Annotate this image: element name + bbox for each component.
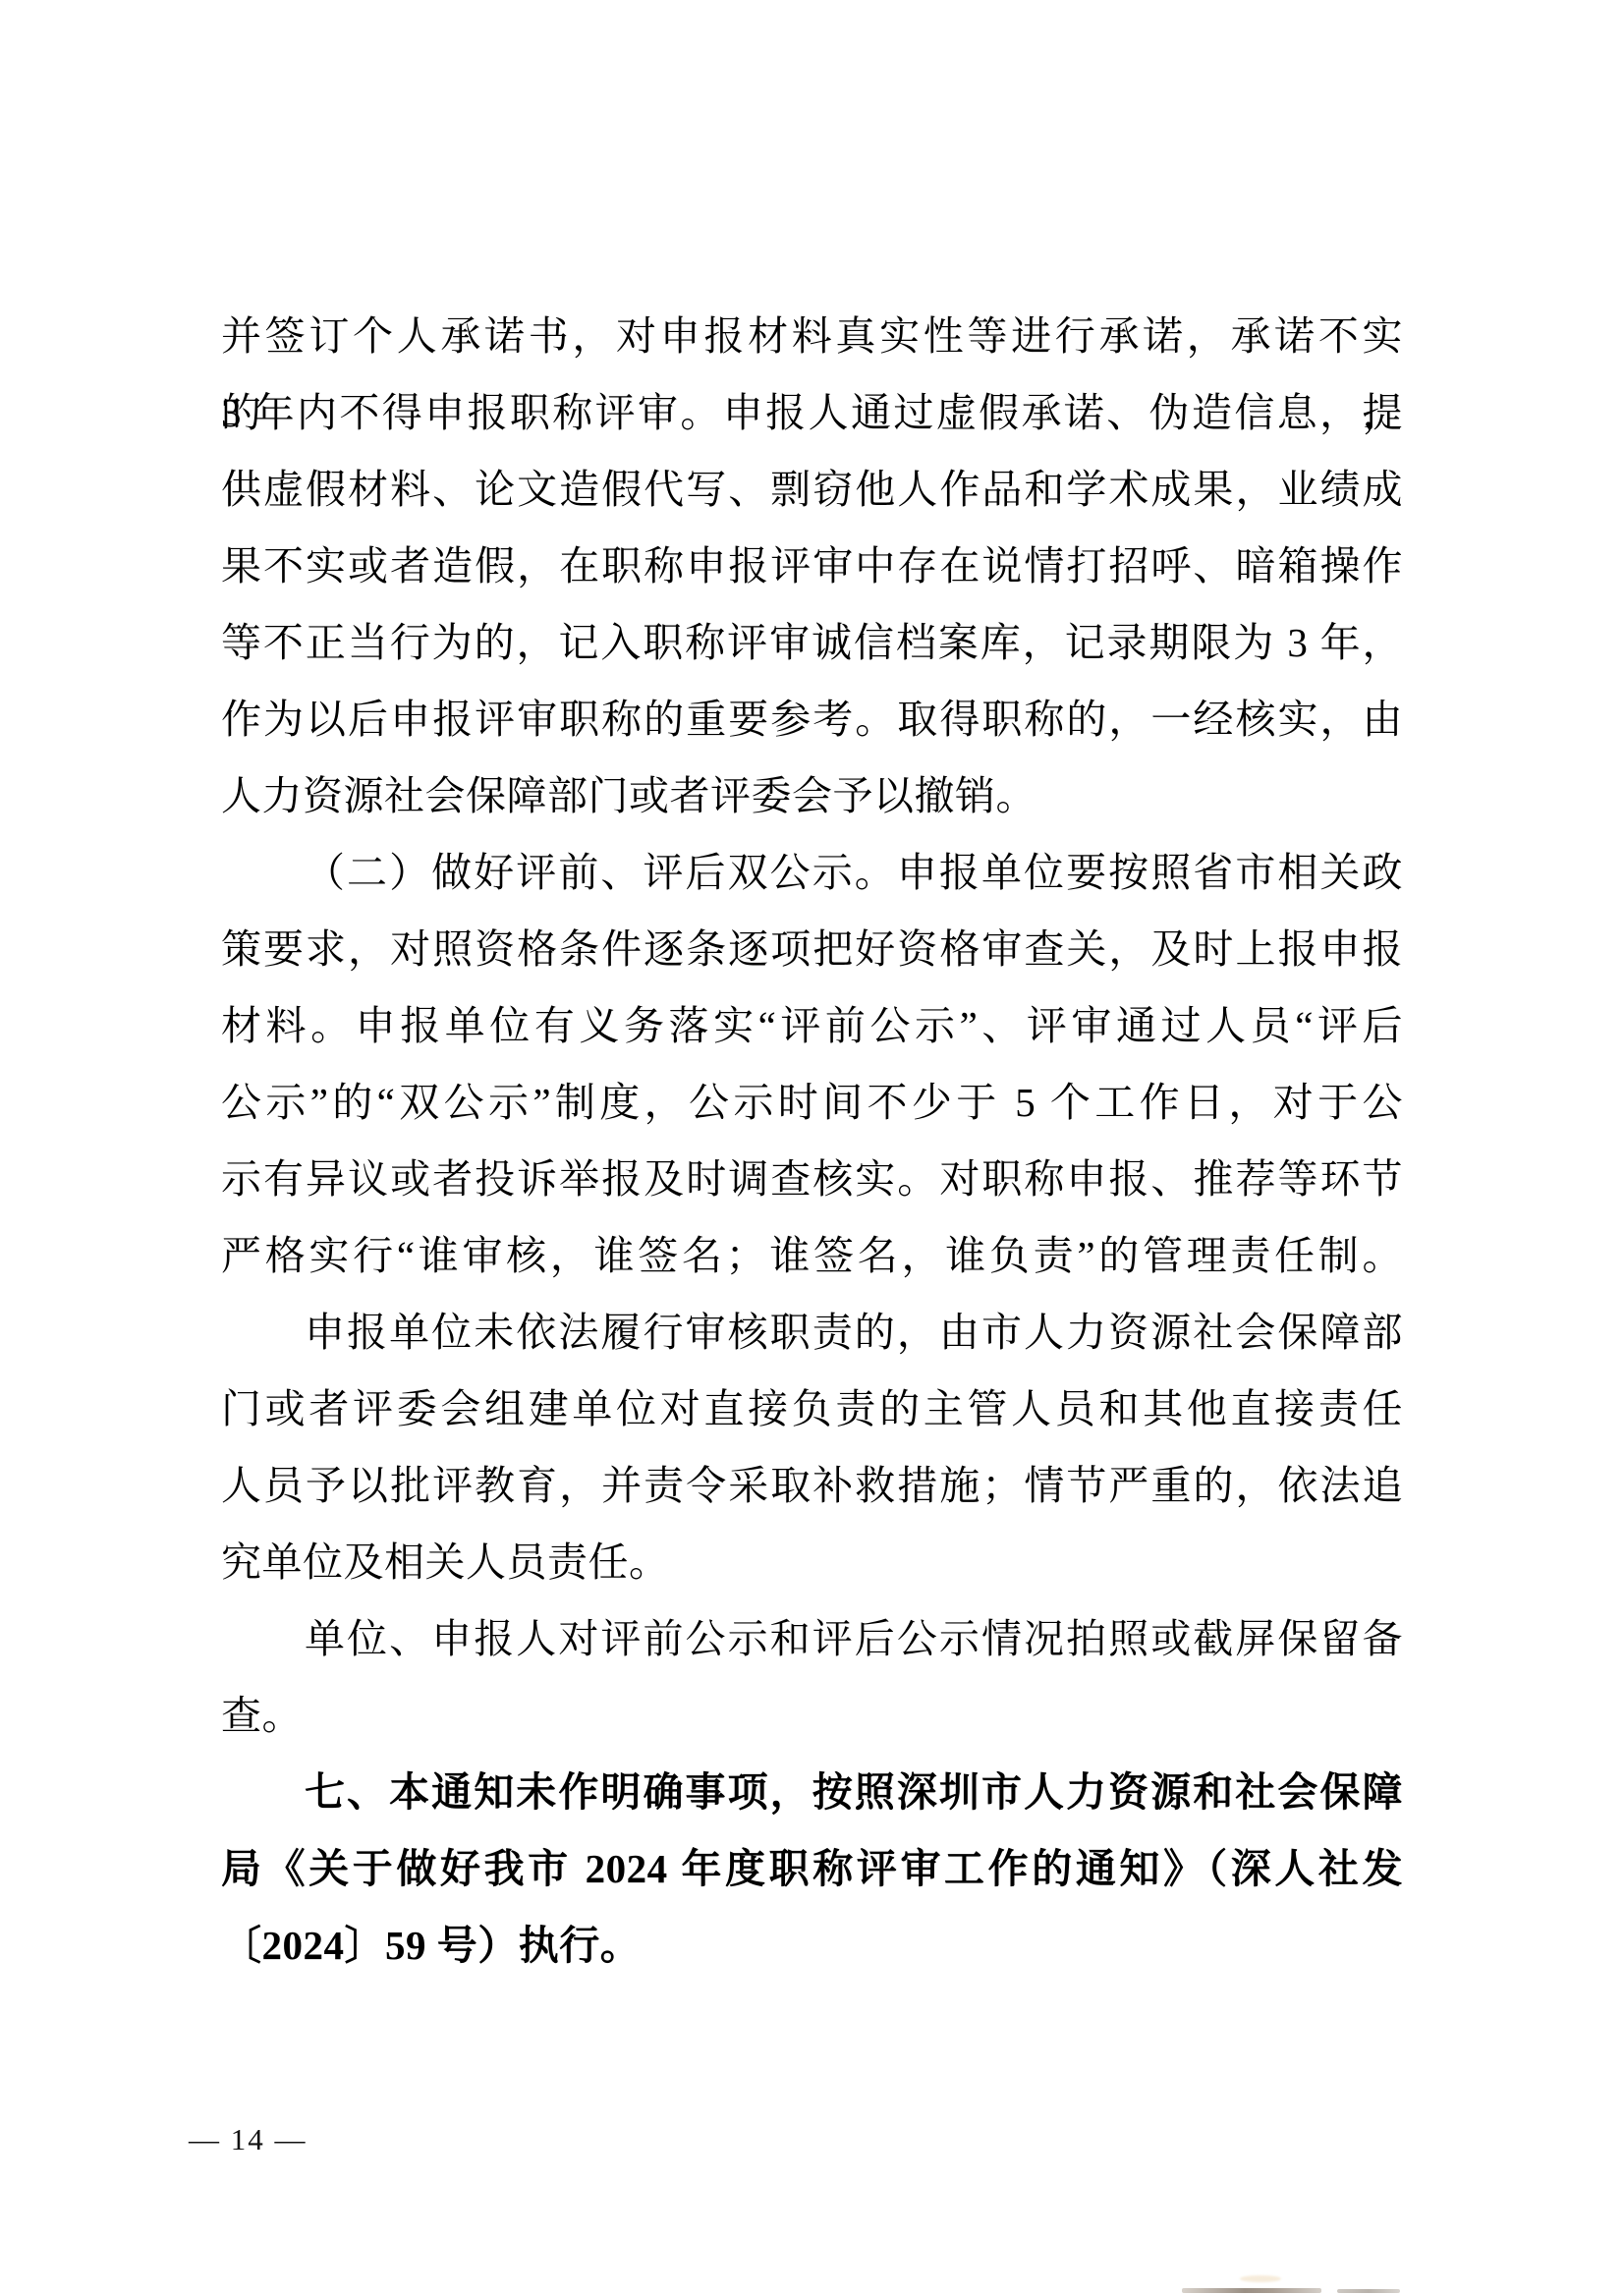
- text-line: 等不正当行为的，记入职称评审诚信档案库，记录期限为 3 年，: [221, 604, 1403, 681]
- text-line: 公示”的“双公示”制度，公示时间不少于 5 个工作日，对于公: [221, 1064, 1403, 1141]
- text-line: 〔2024〕59 号）执行。: [221, 1907, 1403, 1984]
- text-line: （二）做好评前、评后双公示。申报单位要按照省市相关政: [221, 834, 1403, 911]
- scan-artifact-line-left: [1182, 2288, 1321, 2293]
- paragraph-unit-responsibility: 申报单位未依法履行审核职责的，由市人力资源社会保障部 门或者评委会组建单位对直接…: [221, 1294, 1403, 1600]
- text-line: 策要求，对照资格条件逐条逐项把好资格审查关，及时上报申报: [221, 911, 1403, 987]
- paragraph-commitment: 并签订个人承诺书，对申报材料真实性等进行承诺，承诺不实的， 3 年内不得申报职称…: [221, 298, 1403, 834]
- text-line: 并签订个人承诺书，对申报材料真实性等进行承诺，承诺不实的，: [221, 298, 1403, 374]
- paragraph-item-seven: 七、本通知未作明确事项，按照深圳市人力资源和社会保障 局《关于做好我市 2024…: [221, 1754, 1403, 1984]
- text-line: 查。: [221, 1677, 1403, 1754]
- paragraph-double-publicity: （二）做好评前、评后双公示。申报单位要按照省市相关政 策要求，对照资格条件逐条逐…: [221, 834, 1403, 1294]
- document-page: 并签订个人承诺书，对申报材料真实性等进行承诺，承诺不实的， 3 年内不得申报职称…: [0, 0, 1624, 2295]
- text-line: 果不实或者造假，在职称申报评审中存在说情打招呼、暗箱操作: [221, 528, 1403, 604]
- text-line: 供虚假材料、论文造假代写、剽窃他人作品和学术成果，业绩成: [221, 451, 1403, 528]
- text-line: 人力资源社会保障部门或者评委会予以撤销。: [221, 757, 1403, 834]
- text-line: 门或者评委会组建单位对直接负责的主管人员和其他直接责任: [221, 1371, 1403, 1447]
- text-line: 示有异议或者投诉举报及时调查核实。对职称申报、推荐等环节: [221, 1141, 1403, 1217]
- text-line: 七、本通知未作明确事项，按照深圳市人力资源和社会保障: [221, 1754, 1403, 1830]
- scan-artifact-line-right: [1337, 2289, 1400, 2293]
- text-line: 人员予以批评教育，并责令采取补救措施；情节严重的，依法追: [221, 1447, 1403, 1524]
- paragraph-screenshot-keep: 单位、申报人对评前公示和评后公示情况拍照或截屏保留备 查。: [221, 1600, 1403, 1754]
- text-line: 究单位及相关人员责任。: [221, 1524, 1403, 1600]
- text-line: 3 年内不得申报职称评审。申报人通过虚假承诺、伪造信息，提: [221, 374, 1403, 451]
- text-line: 作为以后申报评审职称的重要参考。取得职称的，一经核实，由: [221, 681, 1403, 757]
- page-number: — 14 —: [189, 2120, 308, 2159]
- text-line: 局《关于做好我市 2024 年度职称评审工作的通知》（深人社发: [221, 1830, 1403, 1907]
- document-body: 并签订个人承诺书，对申报材料真实性等进行承诺，承诺不实的， 3 年内不得申报职称…: [221, 298, 1403, 1984]
- text-line: 单位、申报人对评前公示和评后公示情况拍照或截屏保留备: [221, 1600, 1403, 1677]
- text-line: 材料。申报单位有义务落实“评前公示”、评审通过人员“评后: [221, 987, 1403, 1064]
- text-line: 申报单位未依法履行审核职责的，由市人力资源社会保障部: [221, 1294, 1403, 1371]
- text-line: 严格实行“谁审核，谁签名；谁签名，谁负责”的管理责任制。: [221, 1217, 1403, 1294]
- scan-artifact-smudge: [1240, 2275, 1281, 2282]
